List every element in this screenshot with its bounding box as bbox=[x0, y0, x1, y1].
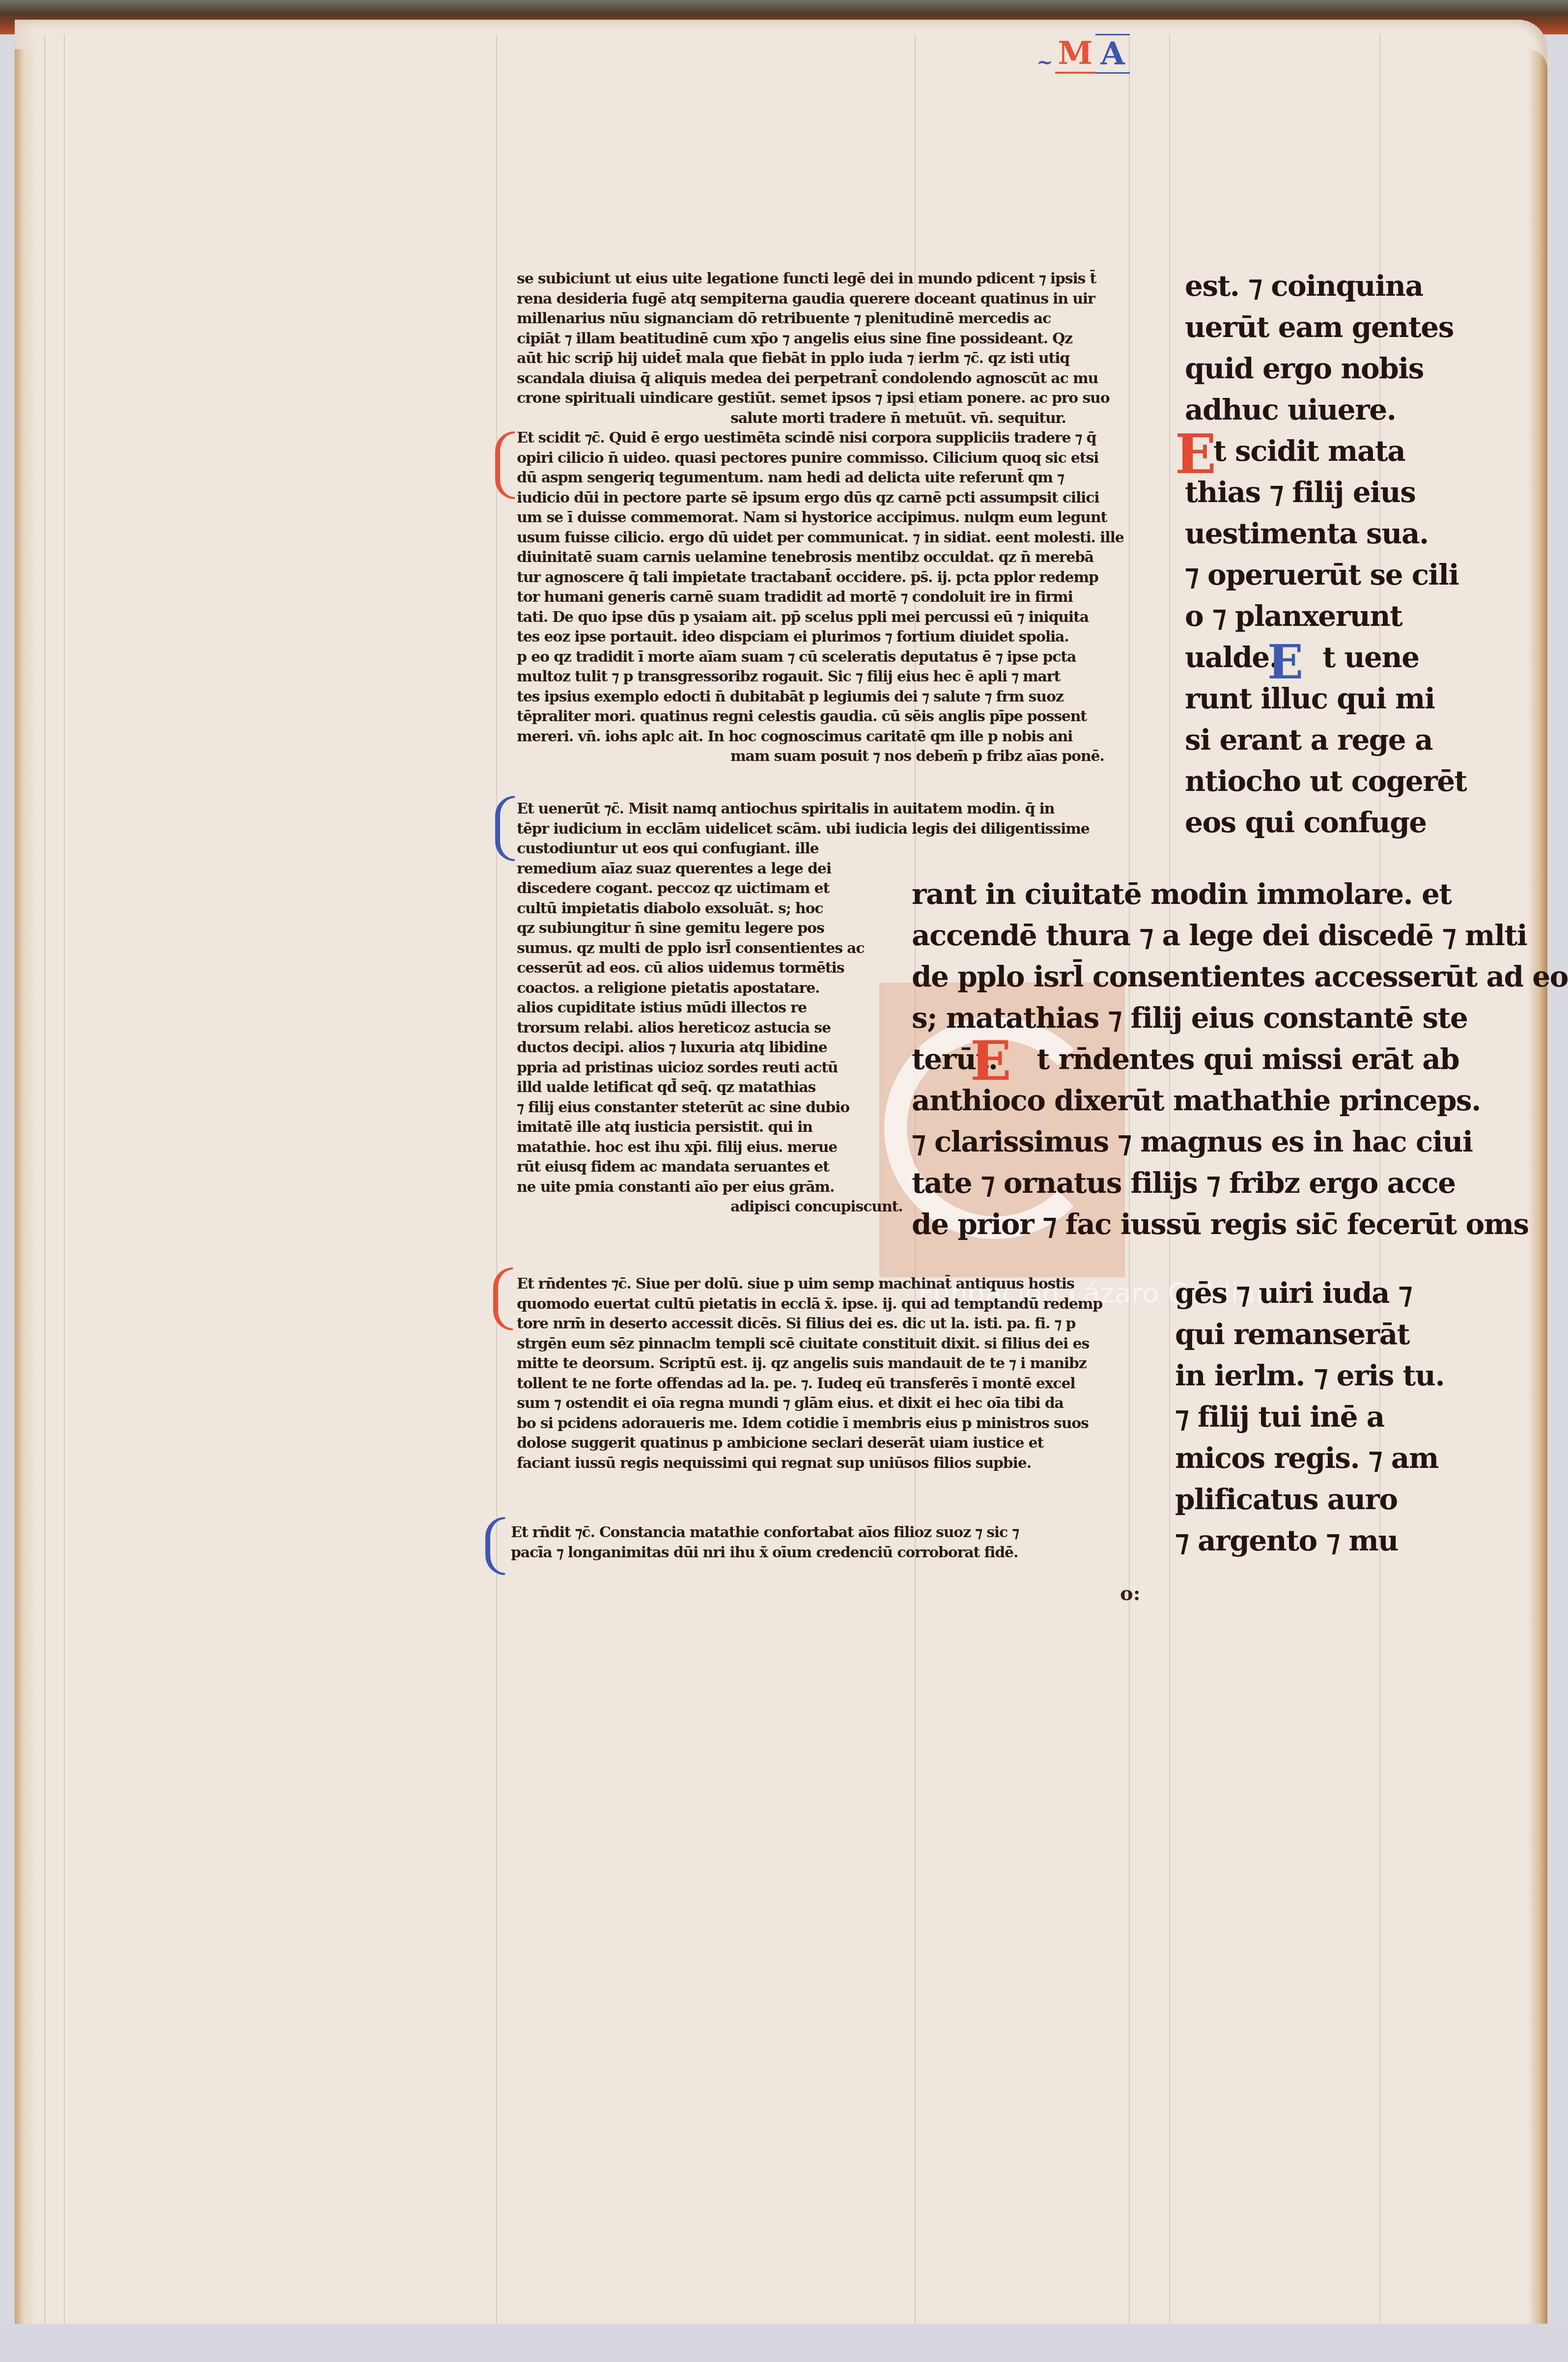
main-text-column-top: est. ⁊ coinquina uerūt eam gentes quid e… bbox=[1185, 265, 1467, 843]
gloss-block-5: Et rn̄dit ⁊c̄. Constancia matathie confo… bbox=[511, 1523, 1154, 1563]
paragraph-bracket-red bbox=[495, 431, 515, 499]
gloss-block-4: Et rn̄dentes ⁊c̄. Siue per dolū. siue p … bbox=[517, 1274, 1160, 1473]
header-letter-a: A bbox=[1095, 34, 1130, 74]
ruling-line bbox=[44, 34, 45, 2343]
running-header: ~ M A bbox=[1036, 34, 1130, 74]
page-gutter bbox=[15, 49, 38, 2358]
gloss-block-2: Et scidit ⁊c̄. Quid ē ergo uestimēta sci… bbox=[517, 428, 1160, 767]
initial-e-blue: E bbox=[1267, 639, 1303, 686]
background-bottom bbox=[0, 2324, 1568, 2362]
paragraph-bracket-red bbox=[493, 1267, 513, 1330]
paragraph-bracket-blue bbox=[485, 1517, 505, 1575]
gloss-block-1: se subiciunt ut eius uite legatione func… bbox=[517, 269, 1160, 428]
ruling-line bbox=[64, 34, 65, 2343]
ruling-line bbox=[496, 34, 497, 2343]
end-mark: o: bbox=[1120, 1582, 1140, 1605]
initial-e-red-blue: E bbox=[970, 1034, 1011, 1088]
header-letter-m: M bbox=[1055, 35, 1096, 74]
initial-e-red: E bbox=[1175, 427, 1216, 481]
paragraph-bracket-blue bbox=[495, 796, 515, 861]
flourish-icon: ~ bbox=[1036, 51, 1053, 74]
main-text-column-bottom: gēs ⁊ uiri iuda ⁊ qui remanserāt in ierl… bbox=[1175, 1272, 1444, 1561]
